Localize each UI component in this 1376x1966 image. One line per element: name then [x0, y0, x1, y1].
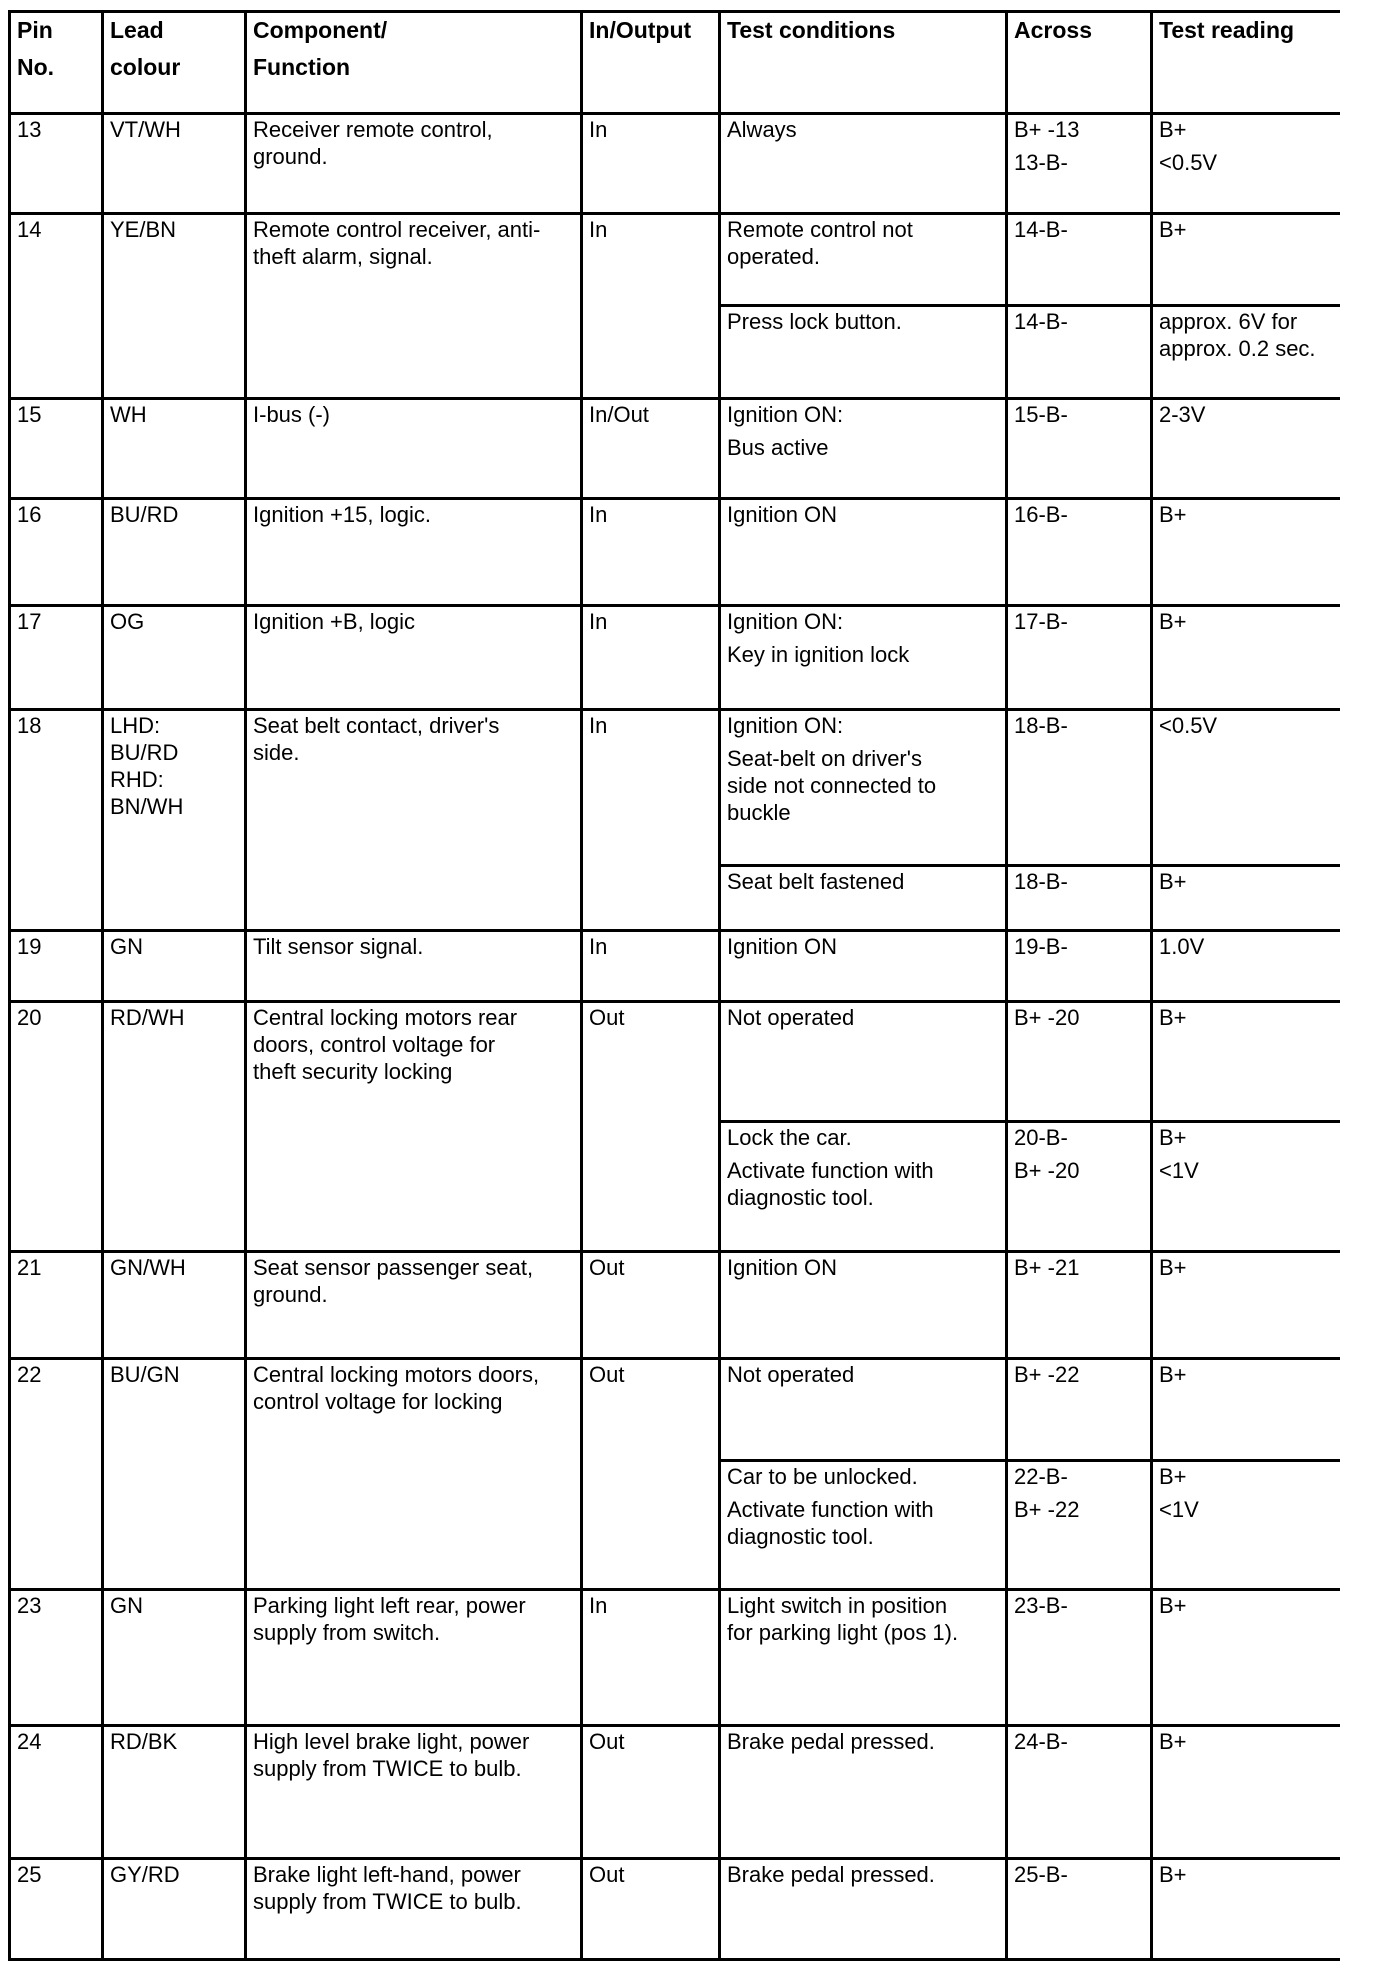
- test-reading: B+: [1150, 864, 1340, 929]
- test-condition-line: Always: [727, 116, 997, 143]
- in-output: In: [580, 112, 718, 212]
- test-across-line: B+ -22: [1014, 1496, 1142, 1523]
- test-reading-line: 1.0V: [1159, 933, 1332, 960]
- test-reading: B+: [1150, 1857, 1340, 1958]
- test-condition: Seat belt fastened: [718, 864, 1005, 929]
- test-reading: B+: [1150, 1000, 1340, 1120]
- test-across: 18-B-: [1005, 864, 1150, 929]
- test-condition-line: Activate function with diagnostic tool.: [727, 1496, 997, 1550]
- column-header: Component/ Function: [244, 10, 580, 112]
- test-condition: Ignition ON: [718, 929, 1005, 1000]
- test-condition-line: Ignition ON: [727, 1254, 997, 1281]
- test-reading: B+: [1150, 1357, 1340, 1459]
- component-function: Central locking motors rear doors, contr…: [244, 1000, 580, 1250]
- in-output: Out: [580, 1250, 718, 1357]
- component-function: Tilt sensor signal.: [244, 929, 580, 1000]
- test-condition: Not operated: [718, 1000, 1005, 1120]
- lead-colour: OG: [101, 604, 244, 708]
- test-across: 18-B-: [1005, 708, 1150, 864]
- test-reading-line: B+: [1159, 1004, 1332, 1031]
- test-across: 25-B-: [1005, 1857, 1150, 1958]
- component-function: Seat belt contact, driver's side.: [244, 708, 580, 929]
- test-across: B+ -22: [1005, 1357, 1150, 1459]
- test-reading-line: <0.5V: [1159, 149, 1332, 176]
- test-across: 22-B-B+ -22: [1005, 1459, 1150, 1588]
- test-reading-line: <0.5V: [1159, 712, 1332, 739]
- test-condition-line: Remote control not operated.: [727, 216, 997, 270]
- test-condition: Car to be unlocked.Activate function wit…: [718, 1459, 1005, 1588]
- test-condition-line: Press lock button.: [727, 308, 997, 335]
- in-output: In: [580, 604, 718, 708]
- component-function: Remote control receiver, anti- theft ala…: [244, 212, 580, 397]
- test-reading: B+<1V: [1150, 1459, 1340, 1588]
- test-reading-line: B+: [1159, 1463, 1332, 1490]
- pin-number: 16: [8, 497, 101, 604]
- in-output: In: [580, 1588, 718, 1724]
- test-across-line: 14-B-: [1014, 216, 1142, 243]
- test-across: 24-B-: [1005, 1724, 1150, 1857]
- component-function: Seat sensor passenger seat, ground.: [244, 1250, 580, 1357]
- test-reading-line: B+: [1159, 1861, 1332, 1888]
- test-reading-line: B+: [1159, 608, 1332, 635]
- pin-number: 15: [8, 397, 101, 497]
- test-across-line: 18-B-: [1014, 868, 1142, 895]
- test-condition-line: Car to be unlocked.: [727, 1463, 997, 1490]
- component-function: Ignition +B, logic: [244, 604, 580, 708]
- in-output: In: [580, 708, 718, 929]
- test-reading-line: <1V: [1159, 1157, 1332, 1184]
- test-condition-line: Ignition ON: [727, 501, 997, 528]
- test-reading: B+<1V: [1150, 1120, 1340, 1250]
- lead-colour: LHD: BU/RD RHD: BN/WH: [101, 708, 244, 929]
- test-across-line: 18-B-: [1014, 712, 1142, 739]
- test-condition-line: Not operated: [727, 1361, 997, 1388]
- test-across: 16-B-: [1005, 497, 1150, 604]
- test-reading-line: <1V: [1159, 1496, 1332, 1523]
- pin-number: 14: [8, 212, 101, 397]
- lead-colour: VT/WH: [101, 112, 244, 212]
- test-condition-line: Brake pedal pressed.: [727, 1728, 997, 1755]
- test-across: B+ -21: [1005, 1250, 1150, 1357]
- test-reading-line: 2-3V: [1159, 401, 1332, 428]
- pin-number: 19: [8, 929, 101, 1000]
- test-reading-line: B+: [1159, 216, 1332, 243]
- test-across-line: B+ -22: [1014, 1361, 1142, 1388]
- test-across: 15-B-: [1005, 397, 1150, 497]
- test-across: B+ -1313-B-: [1005, 112, 1150, 212]
- test-reading: B+: [1150, 1724, 1340, 1857]
- column-header: Lead colour: [101, 10, 244, 112]
- pin-number: 13: [8, 112, 101, 212]
- test-condition: Ignition ON: [718, 497, 1005, 604]
- in-output: In: [580, 212, 718, 397]
- in-output: In: [580, 929, 718, 1000]
- test-condition: Always: [718, 112, 1005, 212]
- component-function: Central locking motors doors, control vo…: [244, 1357, 580, 1588]
- lead-colour: YE/BN: [101, 212, 244, 397]
- test-across-line: 22-B-: [1014, 1463, 1142, 1490]
- test-across-line: 13-B-: [1014, 149, 1142, 176]
- lead-colour: BU/GN: [101, 1357, 244, 1588]
- test-condition: Not operated: [718, 1357, 1005, 1459]
- test-reading-line: B+: [1159, 501, 1332, 528]
- test-reading: 1.0V: [1150, 929, 1340, 1000]
- test-condition-line: Activate function with diagnostic tool.: [727, 1157, 997, 1211]
- pin-number: 18: [8, 708, 101, 929]
- test-reading: B+: [1150, 1250, 1340, 1357]
- lead-colour: RD/BK: [101, 1724, 244, 1857]
- pin-test-table: Pin No.Lead colourComponent/ FunctionIn/…: [0, 0, 1376, 1966]
- test-reading-line: B+: [1159, 868, 1332, 895]
- test-across-line: 14-B-: [1014, 308, 1142, 335]
- component-function: Ignition +15, logic.: [244, 497, 580, 604]
- pin-number: 20: [8, 1000, 101, 1250]
- test-condition-line: Bus active: [727, 434, 997, 461]
- test-reading: B+: [1150, 604, 1340, 708]
- test-reading-line: B+: [1159, 1254, 1332, 1281]
- test-across-line: 23-B-: [1014, 1592, 1142, 1619]
- test-reading-line: approx. 6V for approx. 0.2 sec.: [1159, 308, 1332, 362]
- test-condition: Brake pedal pressed.: [718, 1724, 1005, 1857]
- in-output: In: [580, 497, 718, 604]
- test-across: 17-B-: [1005, 604, 1150, 708]
- test-across-line: 20-B-: [1014, 1124, 1142, 1151]
- test-across: 14-B-: [1005, 304, 1150, 397]
- test-reading-line: B+: [1159, 1592, 1332, 1619]
- test-reading: B+: [1150, 212, 1340, 304]
- column-header: Pin No.: [8, 10, 101, 112]
- test-across: 20-B-B+ -20: [1005, 1120, 1150, 1250]
- test-condition: Light switch in position for parking lig…: [718, 1588, 1005, 1724]
- test-across: 23-B-: [1005, 1588, 1150, 1724]
- test-condition-line: Lock the car.: [727, 1124, 997, 1151]
- lead-colour: GN: [101, 1588, 244, 1724]
- test-condition-line: Not operated: [727, 1004, 997, 1031]
- in-output: Out: [580, 1857, 718, 1958]
- pin-number: 17: [8, 604, 101, 708]
- test-across-line: B+ -21: [1014, 1254, 1142, 1281]
- test-reading: approx. 6V for approx. 0.2 sec.: [1150, 304, 1340, 397]
- pin-number: 22: [8, 1357, 101, 1588]
- test-condition-line: Seat-belt on driver's side not connected…: [727, 745, 997, 826]
- in-output: In/Out: [580, 397, 718, 497]
- test-condition: Press lock button.: [718, 304, 1005, 397]
- pin-number: 21: [8, 1250, 101, 1357]
- test-reading: B+: [1150, 497, 1340, 604]
- component-function: High level brake light, power supply fro…: [244, 1724, 580, 1857]
- component-function: Receiver remote control, ground.: [244, 112, 580, 212]
- test-reading: <0.5V: [1150, 708, 1340, 864]
- test-across-line: 19-B-: [1014, 933, 1142, 960]
- test-across: 14-B-: [1005, 212, 1150, 304]
- lead-colour: GN: [101, 929, 244, 1000]
- test-condition-line: Key in ignition lock: [727, 641, 997, 668]
- test-reading: 2-3V: [1150, 397, 1340, 497]
- test-across-line: B+ -20: [1014, 1004, 1142, 1031]
- test-condition-line: Ignition ON:: [727, 401, 997, 428]
- pin-number: 25: [8, 1857, 101, 1958]
- pin-number: 24: [8, 1724, 101, 1857]
- test-condition-line: Brake pedal pressed.: [727, 1861, 997, 1888]
- column-header: Test conditions: [718, 10, 1005, 112]
- test-condition-line: Seat belt fastened: [727, 868, 997, 895]
- component-function: I-bus (-): [244, 397, 580, 497]
- lead-colour: GY/RD: [101, 1857, 244, 1958]
- lead-colour: WH: [101, 397, 244, 497]
- test-across-line: 24-B-: [1014, 1728, 1142, 1755]
- test-across-line: 16-B-: [1014, 501, 1142, 528]
- test-reading-line: B+: [1159, 116, 1332, 143]
- column-header: In/Output: [580, 10, 718, 112]
- test-condition: Ignition ON:Seat-belt on driver's side n…: [718, 708, 1005, 864]
- test-condition: Ignition ON: [718, 1250, 1005, 1357]
- test-across-line: 17-B-: [1014, 608, 1142, 635]
- test-reading-line: B+: [1159, 1361, 1332, 1388]
- test-condition-line: Light switch in position for parking lig…: [727, 1592, 997, 1646]
- test-reading: B+<0.5V: [1150, 112, 1340, 212]
- in-output: Out: [580, 1357, 718, 1588]
- row-divider: [8, 1958, 1340, 1961]
- component-function: Brake light left-hand, power supply from…: [244, 1857, 580, 1958]
- test-across-line: B+ -13: [1014, 116, 1142, 143]
- test-condition-line: Ignition ON: [727, 933, 997, 960]
- pin-number: 23: [8, 1588, 101, 1724]
- lead-colour: RD/WH: [101, 1000, 244, 1250]
- test-condition: Remote control not operated.: [718, 212, 1005, 304]
- test-condition-line: Ignition ON:: [727, 608, 997, 635]
- test-across: B+ -20: [1005, 1000, 1150, 1120]
- test-across-line: 15-B-: [1014, 401, 1142, 428]
- test-condition: Brake pedal pressed.: [718, 1857, 1005, 1958]
- test-reading-line: B+: [1159, 1728, 1332, 1755]
- column-header: Test reading: [1150, 10, 1340, 112]
- test-condition: Lock the car.Activate function with diag…: [718, 1120, 1005, 1250]
- component-function: Parking light left rear, power supply fr…: [244, 1588, 580, 1724]
- column-header: Across: [1005, 10, 1150, 112]
- test-reading-line: B+: [1159, 1124, 1332, 1151]
- in-output: Out: [580, 1724, 718, 1857]
- in-output: Out: [580, 1000, 718, 1250]
- test-across-line: 25-B-: [1014, 1861, 1142, 1888]
- test-across-line: B+ -20: [1014, 1157, 1142, 1184]
- test-across: 19-B-: [1005, 929, 1150, 1000]
- test-reading: B+: [1150, 1588, 1340, 1724]
- lead-colour: BU/RD: [101, 497, 244, 604]
- test-condition-line: Ignition ON:: [727, 712, 997, 739]
- test-condition: Ignition ON:Bus active: [718, 397, 1005, 497]
- test-condition: Ignition ON:Key in ignition lock: [718, 604, 1005, 708]
- lead-colour: GN/WH: [101, 1250, 244, 1357]
